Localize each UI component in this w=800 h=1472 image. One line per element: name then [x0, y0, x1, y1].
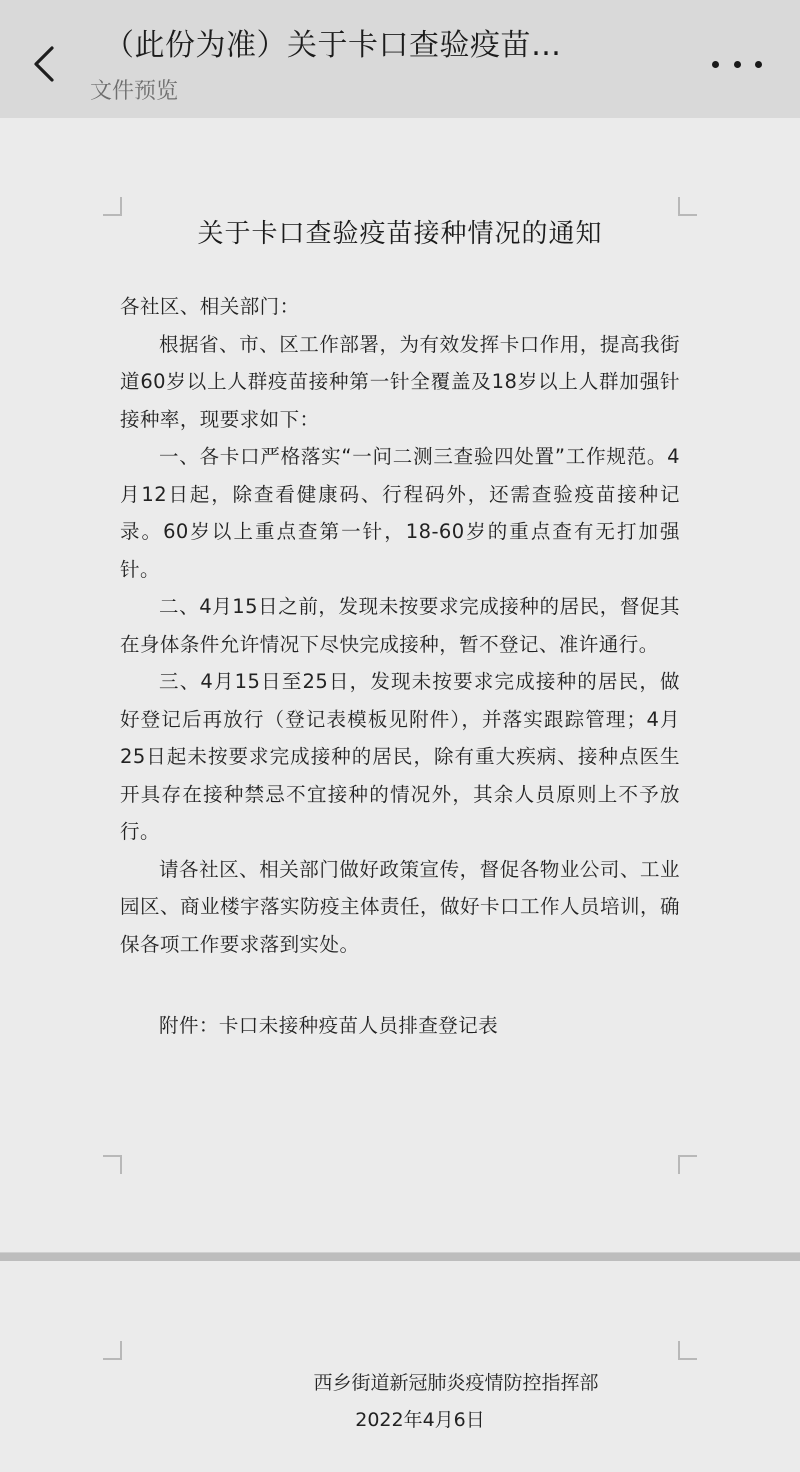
- document-title: 关于卡口查验疫苗接种情况的通知: [0, 216, 800, 252]
- more-horizontal-icon: [755, 61, 762, 68]
- document-body: 各社区、相关部门： 根据省、市、区工作部署，为有效发挥卡口作用，提高我街道60岁…: [120, 288, 680, 1045]
- paragraph: 根据省、市、区工作部署，为有效发挥卡口作用，提高我街道60岁以上人群疫苗接种第一…: [120, 326, 680, 439]
- app-header: （此份为准）关于卡口查验疫苗… 文件预览: [0, 0, 800, 118]
- blank-line: [120, 963, 680, 1007]
- signature-date: 2022年4月6日: [20, 1405, 800, 1435]
- paragraph: 请各社区、相关部门做好政策宣传，督促各物业公司、工业园区、商业楼宇落实防疫主体责…: [120, 851, 680, 964]
- more-horizontal-icon: [734, 61, 741, 68]
- chevron-left-icon: [26, 38, 66, 90]
- document-filename-title: （此份为准）关于卡口查验疫苗…: [104, 26, 562, 66]
- document-page-2[interactable]: [0, 1261, 800, 1472]
- back-button[interactable]: [26, 38, 66, 90]
- attachment-note: 附件：卡口未接种疫苗人员排查登记表: [120, 1007, 680, 1045]
- file-preview-label: 文件预览: [90, 78, 178, 106]
- page-margin-corner-mark: [678, 197, 697, 216]
- page-margin-corner-mark: [103, 1155, 122, 1174]
- salutation: 各社区、相关部门：: [120, 288, 680, 326]
- more-horizontal-icon: [712, 61, 719, 68]
- page-break-divider: [0, 1252, 800, 1261]
- paragraph: 一、各卡口严格落实“一问二测三查验四处置”工作规范。4月12日起，除查看健康码、…: [120, 438, 680, 588]
- page-margin-corner-mark: [103, 197, 122, 216]
- more-options-button[interactable]: [708, 52, 766, 76]
- paragraph: 二、4月15日之前，发现未按要求完成接种的居民，督促其在身体条件允许情况下尽快完…: [120, 588, 680, 663]
- signature-organization: 西乡街道新冠肺炎疫情防控指挥部: [56, 1368, 800, 1398]
- paragraph: 三、4月15日至25日，发现未按要求完成接种的居民，做好登记后再放行（登记表模板…: [120, 663, 680, 851]
- page-margin-corner-mark: [103, 1341, 122, 1360]
- page-margin-corner-mark: [678, 1155, 697, 1174]
- page-margin-corner-mark: [678, 1341, 697, 1360]
